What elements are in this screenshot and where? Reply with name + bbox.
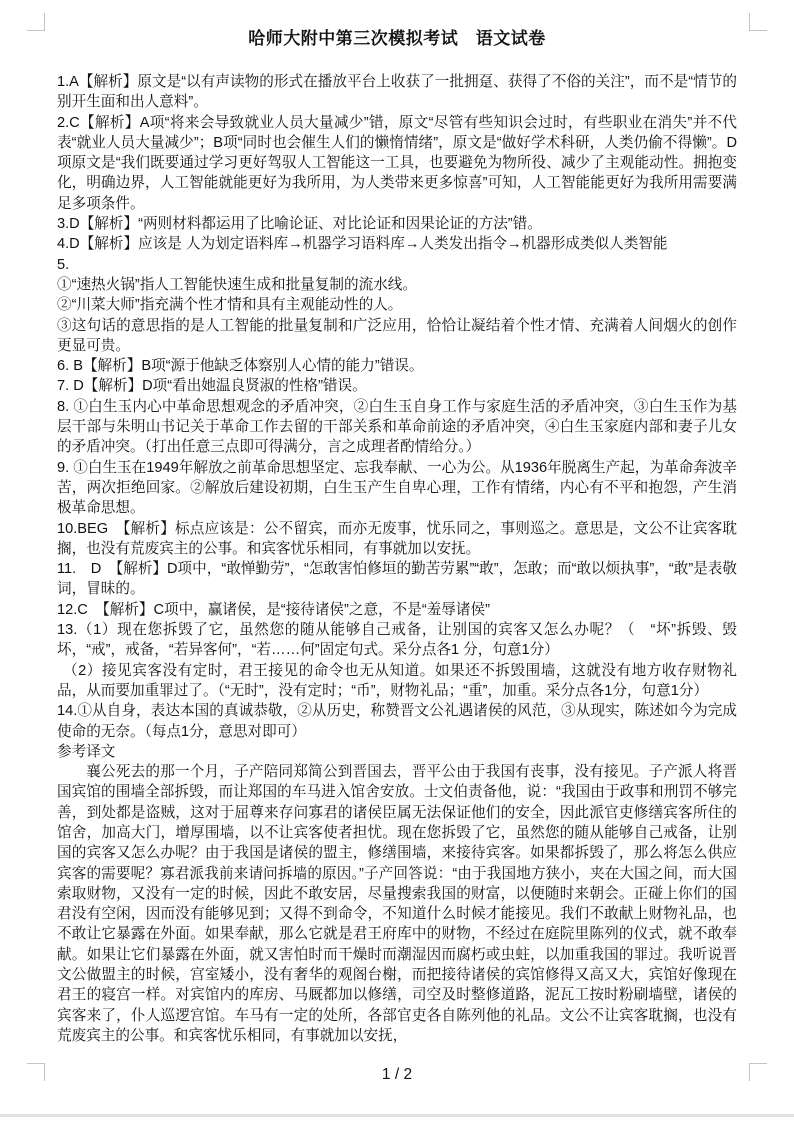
answer-item-1: 1.A【解析】原文是“以有声读物的形式在播放平台上收获了一批拥趸、获得了不俗的关… (57, 72, 737, 113)
answer-item-12: 12.C 【解析】C项中，赢诸侯，是“接待诸侯”之意，不是“羞辱诸侯” (57, 600, 737, 620)
answer-item-2: 2.C【解析】A项“将来会导致就业人员大量减少”错，原文“尽管有些知识会过时，有… (57, 113, 737, 214)
answer-item-14: 14.①从自身，表达本国的真诚恭敬，②从历史，称赞晋文公礼遇诸侯的风范，③从现实… (57, 701, 737, 742)
document-page: 哈师大附中第三次模拟考试 语文试卷 1.A【解析】原文是“以有声读物的形式在播放… (0, 0, 794, 1123)
crop-mark-top-right (749, 13, 767, 31)
crop-mark-top-left (27, 13, 45, 31)
answer-item-5-point-2: ②“川菜大师”指充满个性才情和具有主观能动性的人。 (57, 295, 737, 315)
answer-item-5-point-3: ③这句话的意思指的是人工智能的批量复制和广泛应用，恰恰让凝结着个性才情、充满着人… (57, 316, 737, 357)
document-content: 哈师大附中第三次模拟考试 语文试卷 1.A【解析】原文是“以有声读物的形式在播放… (57, 24, 737, 1046)
page-number: 1 / 2 (0, 1066, 794, 1084)
answer-item-10: 10.BEG 【解析】标点应该是：公不留宾，而亦无废事，忧乐同之，事则巡之。意思… (57, 519, 737, 560)
answer-item-5-point-1: ①“速热火锅”指人工智能快速生成和批量复制的流水线。 (57, 275, 737, 295)
answer-item-4: 4.D【解析】应该是 人为划定语料库→机器学习语料库→人类发出指令→机器形成类似… (57, 234, 737, 254)
answer-item-5: 5. (57, 255, 737, 275)
answer-item-13-1: 13.（1）现在您拆毁了它，虽然您的随从能够自己戒备，让别国的宾客又怎么办呢？（… (57, 620, 737, 661)
answer-item-6: 6. B【解析】B项“源于他缺乏体察别人心情的能力”错误。 (57, 356, 737, 376)
answer-item-3: 3.D【解析】“两则材料都运用了比喻论证、对比论证和因果论证的方法”错。 (57, 214, 737, 234)
answer-item-8: 8. ①白生玉内心中革命思想观念的矛盾冲突，②白生玉自身工作与家庭生活的矛盾冲突… (57, 397, 737, 458)
answer-item-9: 9. ①白生玉在1949年解放之前革命思想坚定、忘我奉献、一心为公。从1936年… (57, 458, 737, 519)
answer-item-13-2: （2）接见宾客没有定时，君王接见的命令也无从知道。如果还不拆毁围墙，这就没有地方… (57, 661, 737, 702)
answer-item-7: 7. D【解析】D项“看出她温良贤淑的性格”错误。 (57, 376, 737, 396)
answer-item-11: 11. D 【解析】D项中，“敢惮勤劳”，“怎敢害怕修垣的勤苦劳累”“敢”，怎敢… (57, 559, 737, 600)
translation-heading: 参考译文 (57, 742, 737, 762)
translation-body: 襄公死去的那一个月，子产陪同郑简公到晋国去，晋平公由于我国有丧事，没有接见。子产… (57, 762, 737, 1046)
page-title: 哈师大附中第三次模拟考试 语文试卷 (57, 24, 737, 49)
page-edge-divider (0, 1114, 794, 1117)
